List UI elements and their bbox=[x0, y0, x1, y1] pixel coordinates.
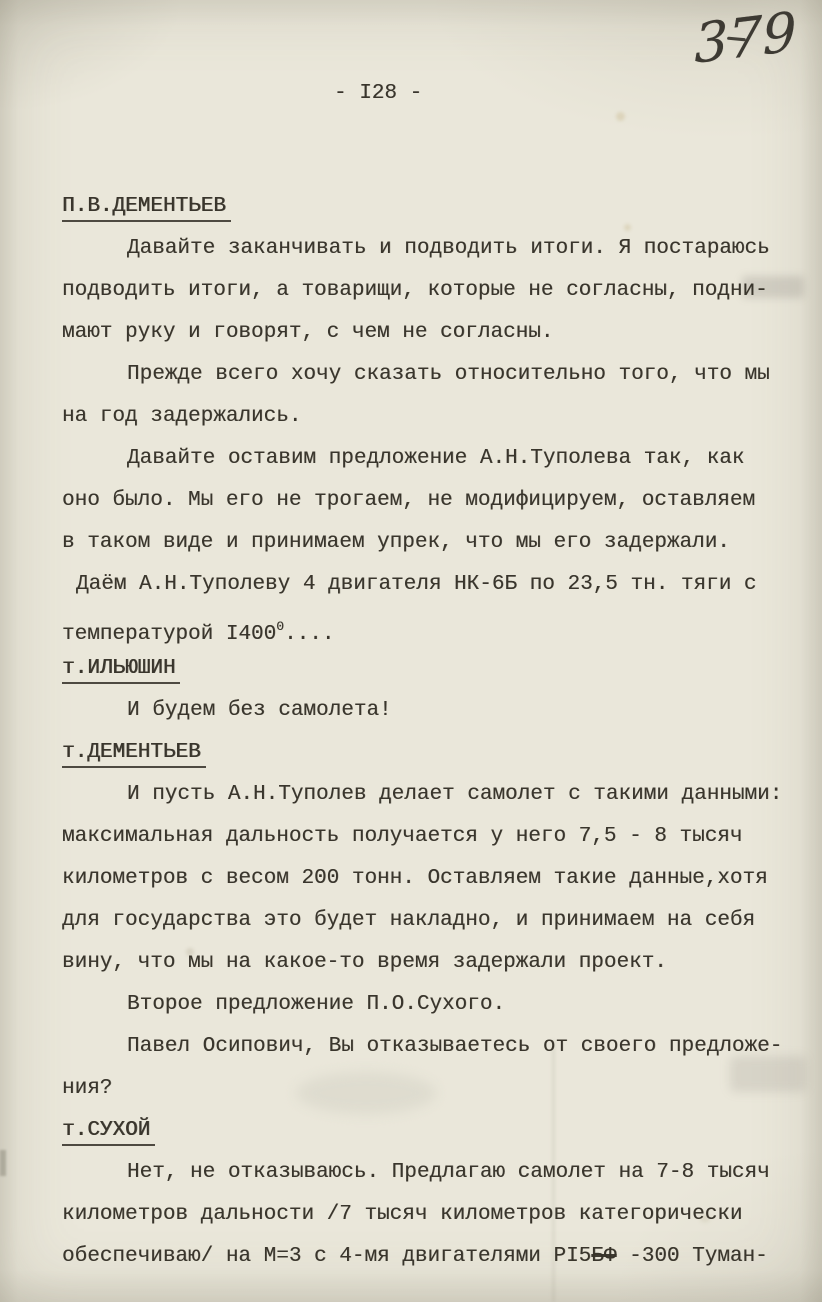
speaker-heading: П.В.ДЕМЕНТЬЕВ bbox=[62, 186, 796, 228]
text-line: вину, что мы на какое-то время задержали… bbox=[62, 942, 796, 984]
page-number: - I28 - bbox=[334, 82, 422, 105]
text-line: ния? bbox=[62, 1068, 796, 1110]
text-run: Прежде всего хочу сказать относительно т… bbox=[127, 363, 770, 386]
text-run: т.СУХОЙ bbox=[62, 1119, 150, 1142]
text-run: Даём А.Н.Туполеву 4 двигателя НК-6Б по 2… bbox=[76, 573, 757, 596]
stain bbox=[0, 1150, 6, 1176]
text-run: Давайте заканчивать и подводить итоги. Я… bbox=[127, 237, 770, 260]
text-line: Второе предложение П.О.Сухого. bbox=[62, 984, 796, 1026]
text-line: Давайте заканчивать и подводить итоги. Я… bbox=[62, 228, 796, 270]
text-run: -300 Туман- bbox=[617, 1245, 768, 1268]
text-run: Давайте оставим предложение А.Н.Туполева… bbox=[127, 447, 745, 470]
text-line: в таком виде и принимаем упрек, что мы е… bbox=[62, 522, 796, 564]
text-run: И будем без самолета! bbox=[127, 699, 392, 722]
document-body: П.В.ДЕМЕНТЬЕВДавайте заканчивать и подво… bbox=[62, 186, 796, 1278]
text-line: обеспечиваю/ на М=3 с 4-мя двигателями Р… bbox=[62, 1236, 796, 1278]
text-run: мают руку и говорят, с чем не согласны. bbox=[62, 321, 553, 344]
text-run: ния? bbox=[62, 1077, 112, 1100]
text-line: И будем без самолета! bbox=[62, 690, 796, 732]
text-line: Прежде всего хочу сказать относительно т… bbox=[62, 354, 796, 396]
text-run: т.ИЛЬЮШИН bbox=[62, 657, 175, 680]
text-run: максимальная дальность получается у него… bbox=[62, 825, 743, 848]
text-run: километров дальности /7 тысяч километров… bbox=[62, 1203, 743, 1226]
speaker-heading: т.ИЛЬЮШИН bbox=[62, 648, 796, 690]
text-line: на год задержались. bbox=[62, 396, 796, 438]
speaker-heading-underlined: т.ИЛЬЮШИН bbox=[62, 657, 180, 684]
handwritten-page-number: 379 bbox=[694, 0, 805, 93]
speaker-heading: т.СУХОЙ bbox=[62, 1110, 796, 1152]
text-line: Павел Осипович, Вы отказываетесь от свое… bbox=[62, 1026, 796, 1068]
superscript-zero: 0 bbox=[276, 606, 284, 648]
text-line: километров дальности /7 тысяч километров… bbox=[62, 1194, 796, 1236]
text-line: Нет, не отказываюсь. Предлагаю самолет н… bbox=[62, 1152, 796, 1194]
struck-text: БФ bbox=[591, 1245, 616, 1268]
text-line: максимальная дальность получается у него… bbox=[62, 816, 796, 858]
speaker-heading-underlined: т.СУХОЙ bbox=[62, 1119, 155, 1146]
text-run: на год задержались. bbox=[62, 405, 301, 428]
text-run: .... bbox=[284, 623, 334, 646]
speaker-heading-underlined: П.В.ДЕМЕНТЬЕВ bbox=[62, 195, 231, 222]
text-run: Павел Осипович, Вы отказываетесь от свое… bbox=[127, 1035, 782, 1058]
text-line: температурой I4000.... bbox=[62, 606, 796, 648]
text-run: оно было. Мы его не трогаем, не модифици… bbox=[62, 489, 755, 512]
text-line: подводить итоги, а товарищи, которые не … bbox=[62, 270, 796, 312]
speaker-heading: т.ДЕМЕНТЬЕВ bbox=[62, 732, 796, 774]
text-run: вину, что мы на какое-то время задержали… bbox=[62, 951, 667, 974]
text-run: П.В.ДЕМЕНТЬЕВ bbox=[62, 195, 226, 218]
stain bbox=[616, 112, 625, 121]
document-page: 379 - I28 - П.В.ДЕМЕНТЬЕВДавайте заканчи… bbox=[0, 0, 822, 1302]
text-run: И пусть А.Н.Туполев делает самолет с так… bbox=[127, 783, 782, 806]
text-line: Давайте оставим предложение А.Н.Туполева… bbox=[62, 438, 796, 480]
text-run: километров с весом 200 тонн. Оставляем т… bbox=[62, 867, 768, 890]
text-run: температурой I400 bbox=[62, 623, 276, 646]
text-line: для государства это будет накладно, и пр… bbox=[62, 900, 796, 942]
text-run: Второе предложение П.О.Сухого. bbox=[127, 993, 505, 1016]
text-line: километров с весом 200 тонн. Оставляем т… bbox=[62, 858, 796, 900]
text-run: в таком виде и принимаем упрек, что мы е… bbox=[62, 531, 730, 554]
speaker-heading-underlined: т.ДЕМЕНТЬЕВ bbox=[62, 741, 206, 768]
text-run: подводить итоги, а товарищи, которые не … bbox=[62, 279, 768, 302]
text-run: для государства это будет накладно, и пр… bbox=[62, 909, 755, 932]
text-run: обеспечиваю/ на М=3 с 4-мя двигателями Р… bbox=[62, 1245, 591, 1268]
text-run: т.ДЕМЕНТЬЕВ bbox=[62, 741, 201, 764]
text-line: мают руку и говорят, с чем не согласны. bbox=[62, 312, 796, 354]
text-line: Даём А.Н.Туполеву 4 двигателя НК-6Б по 2… bbox=[62, 564, 796, 606]
text-run: Нет, не отказываюсь. Предлагаю самолет н… bbox=[127, 1161, 770, 1184]
text-line: И пусть А.Н.Туполев делает самолет с так… bbox=[62, 774, 796, 816]
text-line: оно было. Мы его не трогаем, не модифици… bbox=[62, 480, 796, 522]
